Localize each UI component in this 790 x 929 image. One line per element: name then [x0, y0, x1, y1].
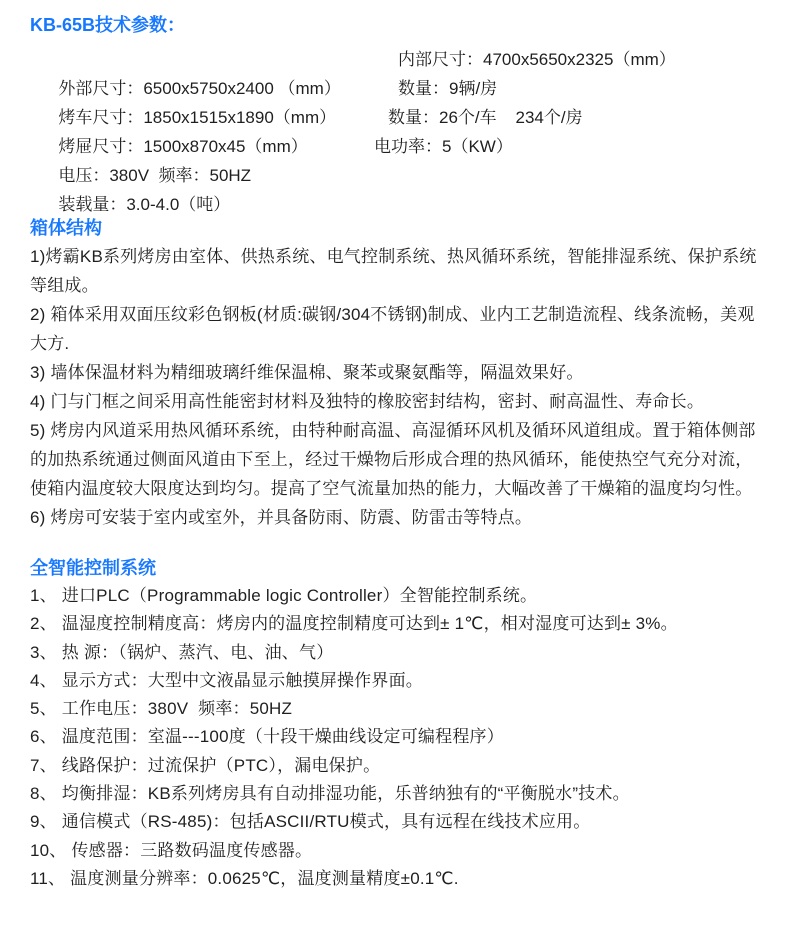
structure-section: 箱体结构 1)烤霸KB系列烤房由室体、供热系统、电气控制系统、热风循环系统，智能… — [30, 216, 763, 532]
control-item-1: 1、 进口PLC（Programmable logic Controller）全… — [30, 582, 763, 610]
spec-row-load: 装载量：3.0-4.0（吨） — [30, 161, 763, 190]
control-list: 1、 进口PLC（Programmable logic Controller）全… — [30, 582, 763, 893]
document-page: KB-65B技术参数： 外部尺寸：6500x5750x2400 （mm） 内部尺… — [0, 0, 790, 929]
structure-item-3: 3) 墙体保温材料为精细玻璃纤维保温棉、聚苯或聚氨酯等，隔温效果好。 — [30, 358, 763, 387]
structure-item-4: 4) 门与门框之间采用高性能密封材料及独特的橡胶密封结构，密封、耐高温性、寿命长… — [30, 387, 763, 416]
structure-item-6: 6) 烤房可安装于室内或室外，并具备防雨、防震、防雷击等特点。 — [30, 503, 763, 532]
spec-tray-quantity: 数量：26个/车 234个/房 — [388, 103, 583, 132]
control-section: 全智能控制系统 1、 进口PLC（Programmable logic Cont… — [30, 556, 763, 893]
spec-row-cart: 烤车尺寸：1850x1515x1890（mm） 数量：9辆/房 — [30, 74, 763, 103]
control-item-10: 10、 传感器：三路数码温度传感器。 — [30, 837, 763, 865]
spec-row-power: 电压：380V 频率：50HZ 电功率：5（KW） — [30, 132, 763, 161]
spec-row-tray: 烤屉尺寸：1500x870x45（mm） 数量：26个/车 234个/房 — [30, 103, 763, 132]
spec-row-dimensions: 外部尺寸：6500x5750x2400 （mm） 内部尺寸：4700x5650x… — [30, 45, 763, 74]
structure-item-1: 1)烤霸KB系列烤房由室体、供热系统、电气控制系统、热风循环系统，智能排湿系统、… — [30, 242, 763, 300]
structure-heading: 箱体结构 — [30, 216, 763, 240]
structure-item-5: 5) 烤房内风道采用热风循环系统，由特种耐高温、高湿循环风机及循环风道组成。置于… — [30, 416, 763, 503]
spec-inner-dimensions: 内部尺寸：4700x5650x2325（mm） — [398, 45, 676, 74]
control-item-3: 3、 热 源：（锅炉、蒸汽、电、油、气） — [30, 639, 763, 667]
control-item-11: 11、 温度测量分辨率：0.0625℃，温度测量精度±0.1℃. — [30, 865, 763, 893]
control-item-6: 6、 温度范围：室温---100度（十段干燥曲线设定可编程程序） — [30, 723, 763, 751]
spec-cart-quantity: 数量：9辆/房 — [398, 74, 497, 103]
control-item-8: 8、 均衡排湿：KB系列烤房具有自动排湿功能，乐普纳独有的“平衡脱水”技术。 — [30, 780, 763, 808]
specs-table: 外部尺寸：6500x5750x2400 （mm） 内部尺寸：4700x5650x… — [30, 45, 763, 190]
specs-heading: KB-65B技术参数： — [30, 13, 763, 37]
spec-load-capacity: 装载量：3.0-4.0（吨） — [58, 195, 230, 214]
control-item-4: 4、 显示方式：大型中文液晶显示触摸屏操作界面。 — [30, 667, 763, 695]
control-item-5: 5、 工作电压：380V 频率：50HZ — [30, 695, 763, 723]
control-heading: 全智能控制系统 — [30, 556, 763, 580]
control-item-2: 2、 温湿度控制精度高：烤房内的温度控制精度可达到± 1℃，相对湿度可达到± 3… — [30, 610, 763, 638]
structure-list: 1)烤霸KB系列烤房由室体、供热系统、电气控制系统、热风循环系统，智能排湿系统、… — [30, 242, 763, 532]
spec-electric-power: 电功率：5（KW） — [374, 132, 513, 161]
control-item-7: 7、 线路保护：过流保护（PTC），漏电保护。 — [30, 752, 763, 780]
control-item-9: 9、 通信模式（RS-485)：包括ASCII/RTU模式，具有远程在线技术应用… — [30, 808, 763, 836]
structure-item-2: 2) 箱体采用双面压纹彩色钢板(材质:碳钢/304不锈钢)制成、业内工艺制造流程… — [30, 300, 763, 358]
